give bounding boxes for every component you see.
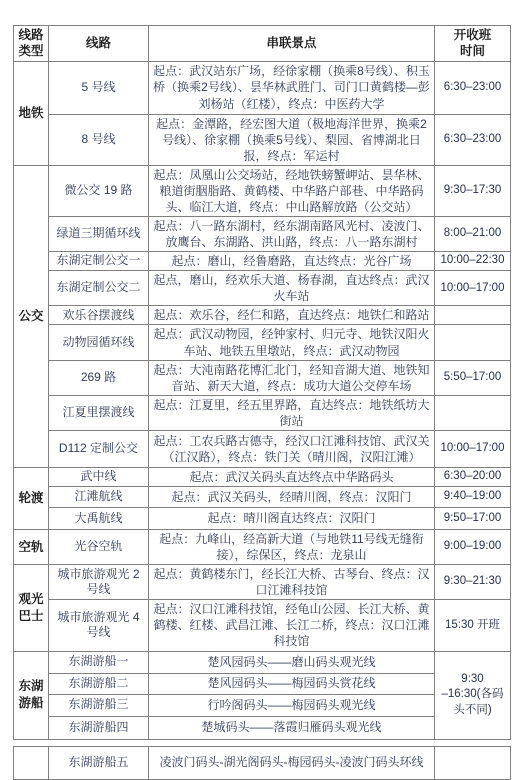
category-bus: 公交 — [14, 165, 49, 467]
category-tour-bus: 观光 巴士 — [14, 565, 49, 651]
route-cell: 江夏里摆渡线 — [49, 395, 149, 430]
route-cell: 欢乐谷摆渡线 — [49, 306, 149, 325]
time-cell: 10:00–22:30 — [435, 252, 511, 271]
route-cell: 微公交 19 路 — [49, 165, 149, 216]
time-cell — [435, 746, 511, 779]
route-cell: 东湖游船一 — [49, 651, 149, 673]
attractions-cell: 起点：九峰山，经高新大道（与地铁11号线无缝衔接），综保区，终点：龙泉山 — [149, 529, 435, 564]
time-cell: 15:30 开班 — [435, 600, 511, 651]
time-cell — [435, 325, 511, 360]
time-cell: 9:30–21:30 — [435, 565, 511, 600]
time-cell: 6:30–23:00 — [435, 61, 511, 114]
time-cell: 10:00–17:00 — [435, 430, 511, 467]
attractions-cell: 楚风园码头——梅园码头赏花线 — [149, 673, 435, 694]
category-empty — [14, 746, 49, 779]
category-ferry: 轮渡 — [14, 467, 49, 529]
transit-schedule-extra-table: 东湖游船五 凌波门码头-湖光阁码头-梅园码头-凌波门码头环线 — [13, 746, 511, 780]
time-cell — [435, 306, 511, 325]
route-cell: 光谷空轨 — [49, 529, 149, 564]
attractions-cell: 起点：武汉关码头，经晴川阁，终点：汉阳门 — [149, 486, 435, 507]
time-cell — [435, 395, 511, 430]
attractions-cell: 楚风园码头——磨山码头观光线 — [149, 651, 435, 673]
attractions-cell: 起点：武汉站东广场，经徐家棚（换乘8号线）、积玉桥（换乘2号线）、昙华林武胜门、… — [149, 61, 435, 114]
attractions-cell: 起点：凤凰山公交场站，经地铁螃蟹岬站、昙华林、粮道街胭脂路、黄鹤楼、中华路户部巷… — [149, 165, 435, 216]
route-cell: 东湖定制公交一 — [49, 252, 149, 271]
header-route-type: 线路 类型 — [14, 26, 49, 62]
attractions-cell: 起点：汉口江滩科技馆，经龟山公园、长江大桥、黄鹤楼、红楼、武昌江滩、长江二桥，终… — [149, 600, 435, 651]
attractions-cell: 起点：工农兵路古德寺，经汉口江滩科技馆、武汉关（江汉路），终点：铁门关（晴川阁，… — [149, 430, 435, 467]
route-cell: 动物园循环线 — [49, 325, 149, 360]
attractions-cell: 起点：武汉关码头直达终点中华路码头 — [149, 467, 435, 486]
route-cell: 东湖游船四 — [49, 716, 149, 739]
route-cell: 大禹航线 — [49, 507, 149, 529]
time-cell: 9:00–19:00 — [435, 529, 511, 564]
category-lake-cruise: 东湖 游船 — [14, 651, 49, 739]
route-cell: 东湖游船三 — [49, 694, 149, 716]
time-cell: 8:00–21:00 — [435, 216, 511, 251]
route-cell: 武中线 — [49, 467, 149, 486]
attractions-cell: 起点：欢乐谷，经仁和路，直达终点：地铁仁和路站 — [149, 306, 435, 325]
attractions-cell: 凌波门码头-湖光阁码头-梅园码头-凌波门码头环线 — [149, 746, 435, 779]
attractions-cell: 起点：黄鹤楼东门，经长江大桥、古琴台、终点：汉口江滩科技馆 — [149, 565, 435, 600]
time-cell: 6:30–20:00 — [435, 467, 511, 486]
route-cell: 269 路 — [49, 360, 149, 395]
category-skytrain: 空轨 — [14, 529, 49, 564]
time-cell: 9:30–17:30 — [435, 165, 511, 216]
header-attractions: 串联景点 — [149, 26, 435, 62]
route-cell: 东湖游船二 — [49, 673, 149, 694]
time-cell: 9:40–19:00 — [435, 486, 511, 507]
attractions-cell: 楚城码头——落霞归雁码头观光线 — [149, 716, 435, 739]
transit-schedule-page: 线路 类型 线路 串联景点 开收班 时间 地铁 5 号线 起点：武汉站东广场，经… — [0, 0, 520, 780]
route-cell: 江滩航线 — [49, 486, 149, 507]
route-cell: 绿道三期循环线 — [49, 216, 149, 251]
route-cell: D112 定制公交 — [49, 430, 149, 467]
time-cell: 10:00–17:00 — [435, 271, 511, 306]
attractions-cell: 起点，磨山，经欢乐大道、杨春湖，直达终点：武汉火车站 — [149, 271, 435, 306]
time-cell: 9:50–17:00 — [435, 507, 511, 529]
route-cell: 城市旅游观光 4 号线 — [49, 600, 149, 651]
route-cell: 东湖游船五 — [49, 746, 149, 779]
attractions-cell: 起点：大沌南路花博汇北门，经知音湖大道、地铁知音站、新天大道，终点：成功大道公交… — [149, 360, 435, 395]
attractions-cell: 起点：八一路东湖村，经东湖南路风光村、凌波门、放鹰台、东湖路、洪山路，终点：八一… — [149, 216, 435, 251]
attractions-cell: 起点：江夏里，经五里界路，直达终点：地铁纸坊大街站 — [149, 395, 435, 430]
route-cell: 8 号线 — [49, 114, 149, 165]
time-cell-cruise-merged: 9:30 –16:30(各码头不同) — [435, 651, 511, 739]
attractions-cell: 起点：武汉动物园，经钟家村、归元寺、地铁汉阳火车站、地铁五里墩站，终点：武汉动物… — [149, 325, 435, 360]
route-cell: 城市旅游观光 2 号线 — [49, 565, 149, 600]
attractions-cell: 起点：金潭路，经宏图大道（极地海洋世界，换乘2号线）、徐家棚（换乘5号线）、梨园… — [149, 114, 435, 165]
header-schedule: 开收班 时间 — [435, 26, 511, 62]
attractions-cell: 行吟阁码头——梅园码头观光线 — [149, 694, 435, 716]
header-route: 线路 — [49, 26, 149, 62]
attractions-cell: 起点：晴川阁直达终点：汉阳门 — [149, 507, 435, 529]
time-cell: 5:50–17:00 — [435, 360, 511, 395]
route-cell: 东湖定制公交二 — [49, 271, 149, 306]
transit-schedule-table: 线路 类型 线路 串联景点 开收班 时间 地铁 5 号线 起点：武汉站东广场，经… — [13, 25, 511, 740]
attractions-cell: 起点：磨山，经鲁磨路，直达终点：光谷广场 — [149, 252, 435, 271]
time-cell: 6:30–23:00 — [435, 114, 511, 165]
category-metro: 地铁 — [14, 61, 49, 165]
route-cell: 5 号线 — [49, 61, 149, 114]
